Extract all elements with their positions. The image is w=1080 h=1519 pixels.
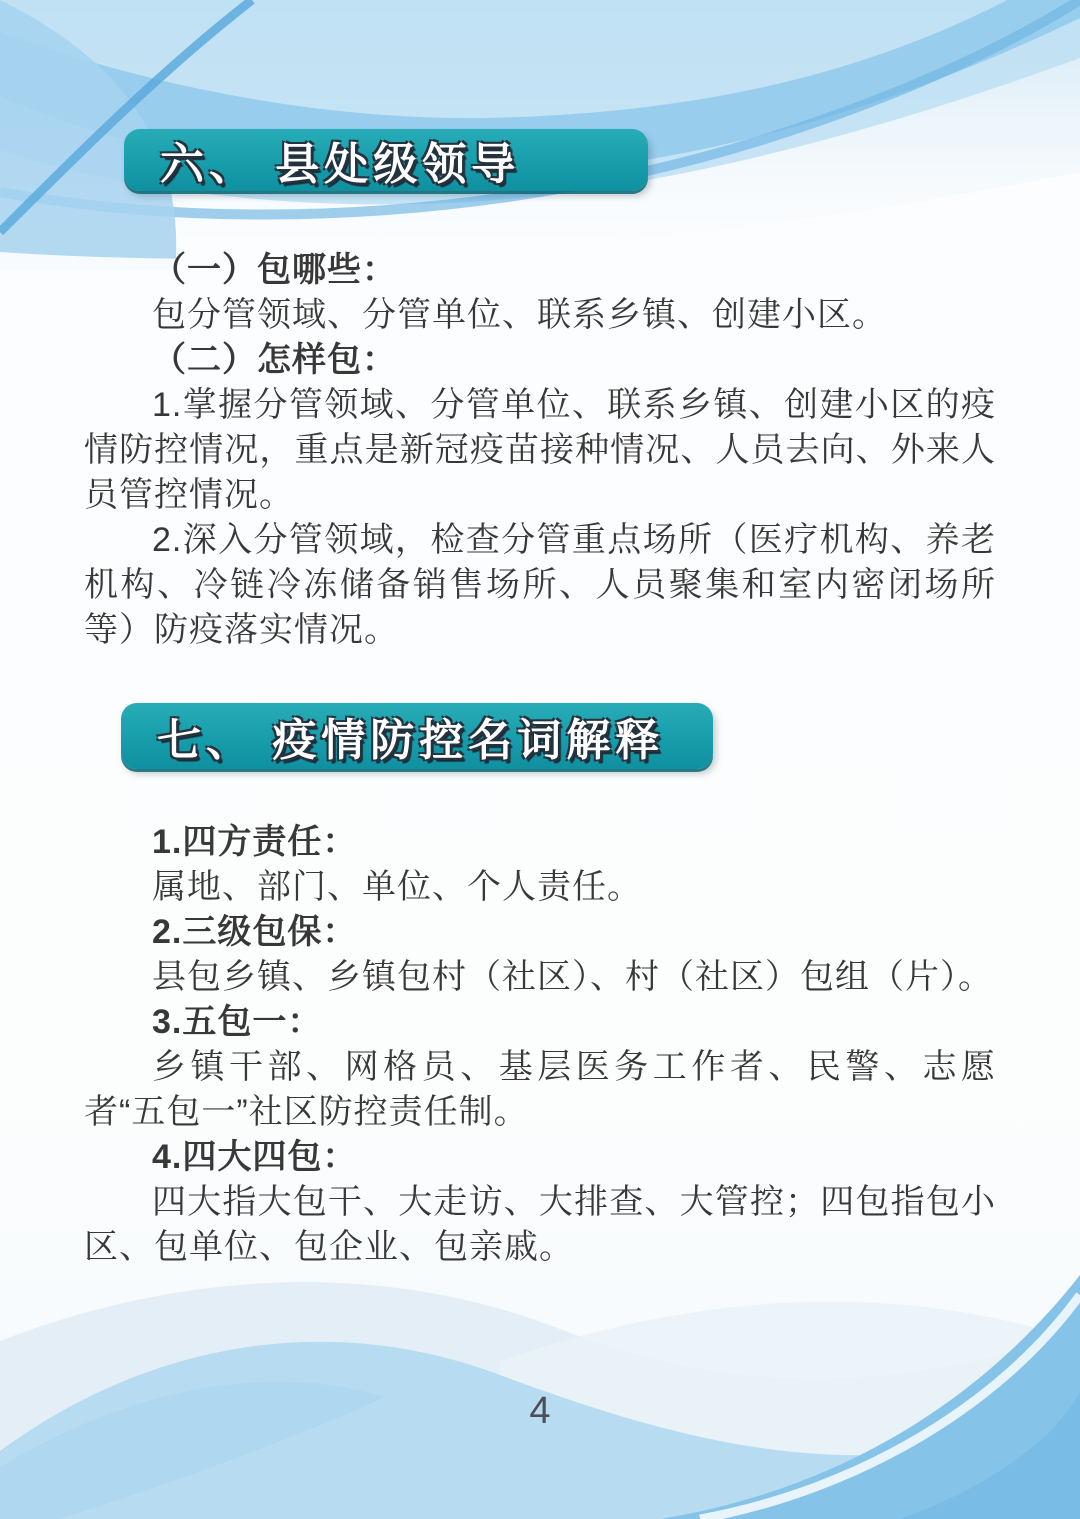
paragraph: 属地、部门、单位、个人责任。 [84,865,996,910]
paragraph: 乡镇干部、网格员、基层医务工作者、民警、志愿者“五包一”社区防控责任制。 [84,1045,996,1135]
paragraph: 包分管领域、分管单位、联系乡镇、创建小区。 [84,293,996,338]
paragraph-heading: 4.四大四包： [84,1135,996,1180]
section-title-6: 六、 县处级领导 [160,128,520,192]
paragraph: 四大指大包干、大走访、大排查、大管控；四包指包小区、包单位、包企业、包亲戚。 [84,1180,996,1270]
paragraph-heading: 1.四方责任： [84,820,996,865]
paragraph: 2.深入分管领域，检查分管重点场所（医疗机构、养老机构、冷链冷冻储备销售场所、人… [84,518,996,653]
section-banner-6: 六、 县处级领导 [124,129,648,191]
paragraph: 1.掌握分管领域、分管单位、联系乡镇、创建小区的疫情防控情况，重点是新冠疫苗接种… [84,383,996,518]
paragraph-heading: 2.三级包保： [84,910,996,955]
paragraph-heading: （一）包哪些： [84,248,996,293]
paragraph-heading: （二）怎样包： [84,338,996,383]
section-title-7: 七、 疫情防控名词解释 [157,704,664,768]
paragraph: 县包乡镇、乡镇包村（社区）、村（社区）包组（片）。 [84,955,996,1000]
paragraph-heading: 3.五包一： [84,1000,996,1045]
document-page: 六、 县处级领导 （一）包哪些： 包分管领域、分管单位、联系乡镇、创建小区。 （… [0,0,1080,1519]
section-body-6: （一）包哪些： 包分管领域、分管单位、联系乡镇、创建小区。 （二）怎样包： 1.… [84,248,996,653]
section-body-7: 1.四方责任： 属地、部门、单位、个人责任。 2.三级包保： 县包乡镇、乡镇包村… [84,820,996,1270]
section-banner-7: 七、 疫情防控名词解释 [121,703,713,769]
page-number: 4 [0,1390,1080,1433]
